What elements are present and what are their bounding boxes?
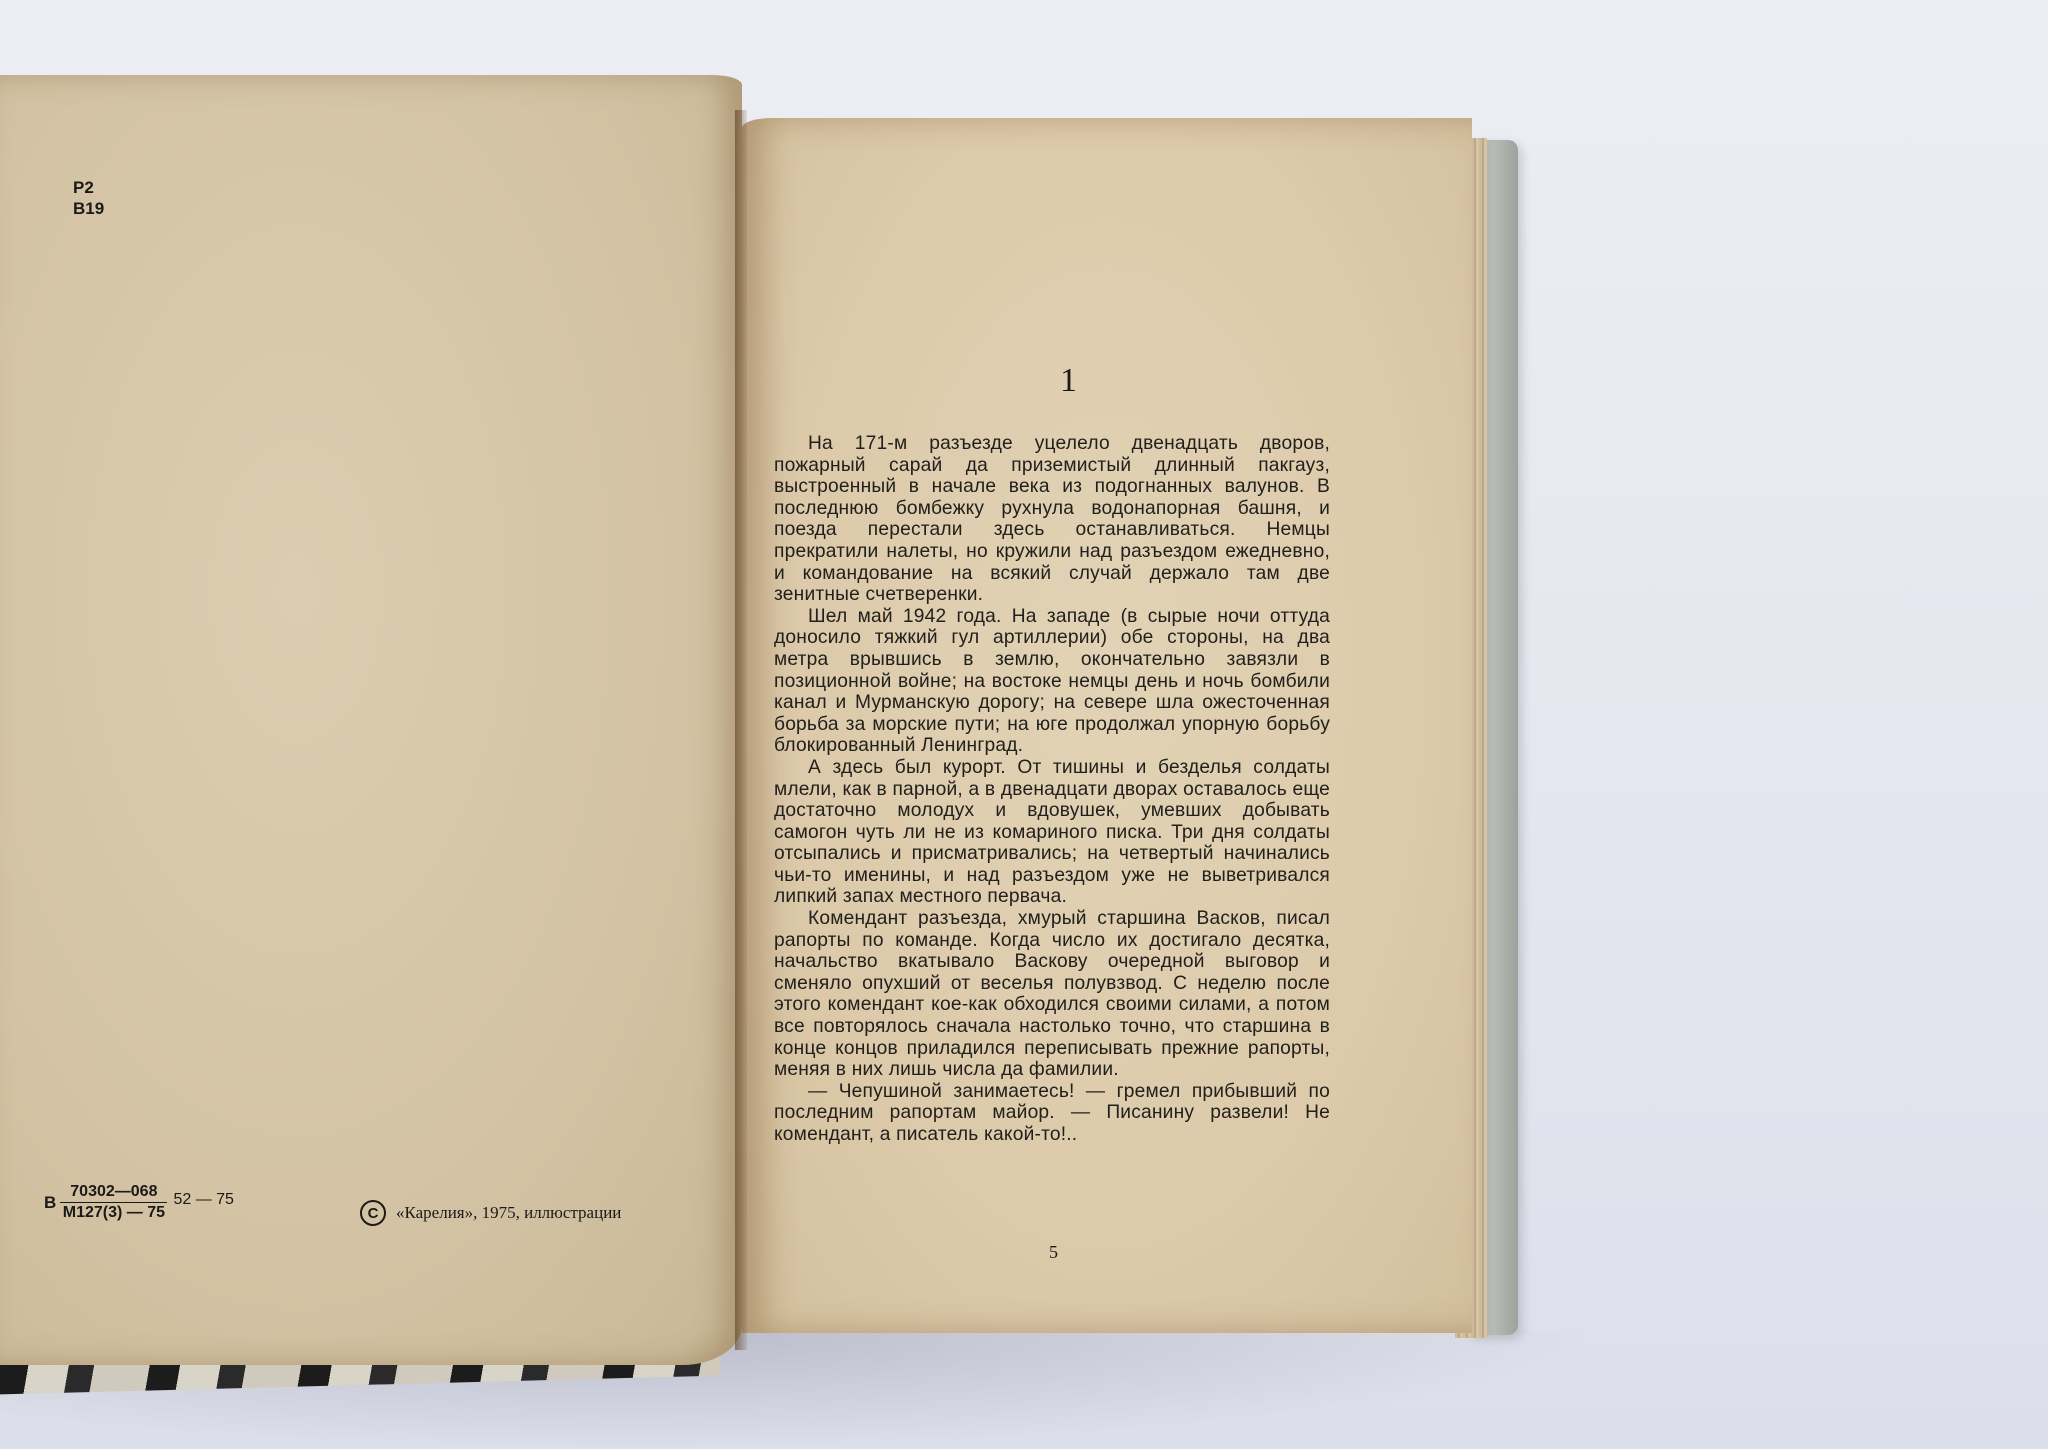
publication-imprint: В 70302—068 М127(3) — 75 52 — 75 [44,1183,234,1222]
page-number: 5 [1049,1242,1058,1263]
classification-code: В19 [73,198,104,219]
imprint-fraction: 70302—068 М127(3) — 75 [60,1183,167,1222]
copyright-line: C «Карелия», 1975, иллюстрации [360,1200,621,1226]
body-text: На 171-м разъезде уцелело двенадцать дво… [774,433,1330,1146]
classification-code: Р2 [73,177,104,198]
paragraph: На 171-м разъезде уцелело двенадцать дво… [774,433,1330,606]
left-page [0,75,742,1365]
imprint-numerator: 70302—068 [60,1183,167,1203]
paragraph: Шел май 1942 года. На западе (в сырые но… [774,606,1330,757]
classification-codes: Р2 В19 [73,177,104,219]
copyright-text: «Карелия», 1975, иллюстрации [396,1203,621,1223]
copyright-icon: C [360,1200,386,1226]
imprint-letter: В [44,1193,56,1213]
chapter-number: 1 [1060,362,1077,400]
imprint-suffix: 52 — 75 [173,1191,233,1209]
book-gutter [735,110,747,1350]
paragraph: Комендант разъезда, хмурый старшина Васк… [774,908,1330,1081]
imprint-denominator: М127(3) — 75 [63,1203,165,1222]
paragraph: А здесь был курорт. От тишины и безделья… [774,757,1330,908]
paragraph: — Чепушиной занимаетесь! — гремел прибыв… [774,1081,1330,1146]
